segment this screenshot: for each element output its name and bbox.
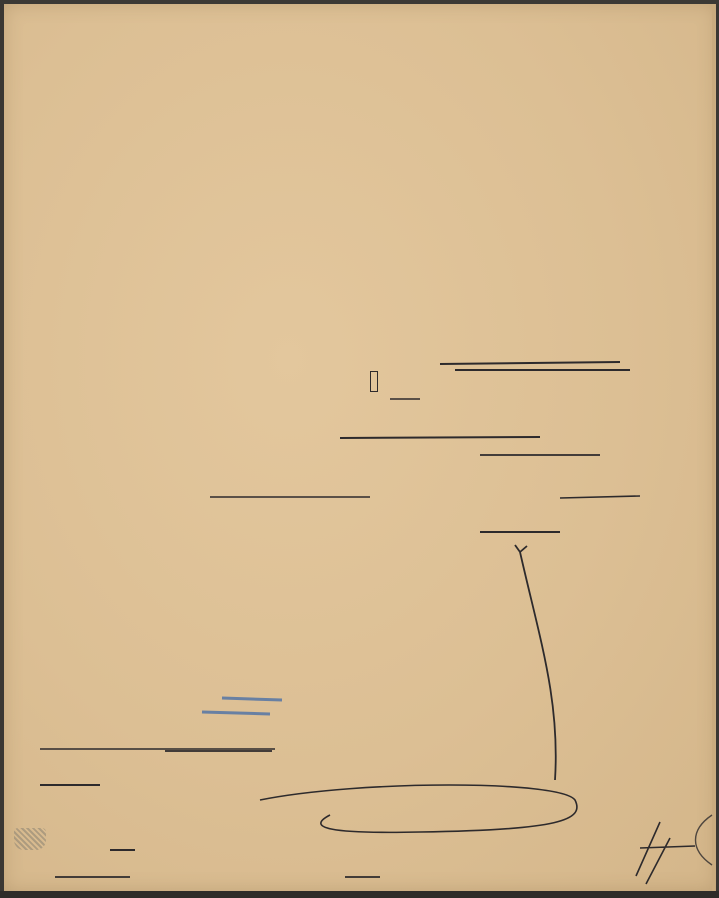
body-line-2 bbox=[370, 372, 378, 391]
note-line-6 bbox=[46, 814, 74, 829]
note-line-8 bbox=[55, 864, 61, 880]
arrow-pointer bbox=[515, 545, 556, 780]
blue-pencil-marks bbox=[202, 698, 282, 714]
crest-emblem-icon bbox=[14, 828, 46, 850]
boxed-number bbox=[370, 371, 378, 392]
signature-date-strokes bbox=[636, 822, 695, 884]
body-line-1 bbox=[105, 334, 115, 354]
body-line-6 bbox=[205, 508, 213, 526]
paper-maker-stamp bbox=[10, 828, 50, 852]
bottom-frame-border bbox=[0, 891, 719, 898]
ink-strokes bbox=[0, 0, 719, 898]
loop-enclosure bbox=[260, 785, 577, 832]
body-line-5 bbox=[210, 478, 218, 496]
note-line-2 bbox=[42, 705, 52, 722]
note-line-3 bbox=[15, 730, 23, 748]
note-line-7 bbox=[60, 838, 66, 853]
body-line-3 bbox=[200, 410, 216, 429]
underline-vi-symph bbox=[440, 362, 630, 370]
